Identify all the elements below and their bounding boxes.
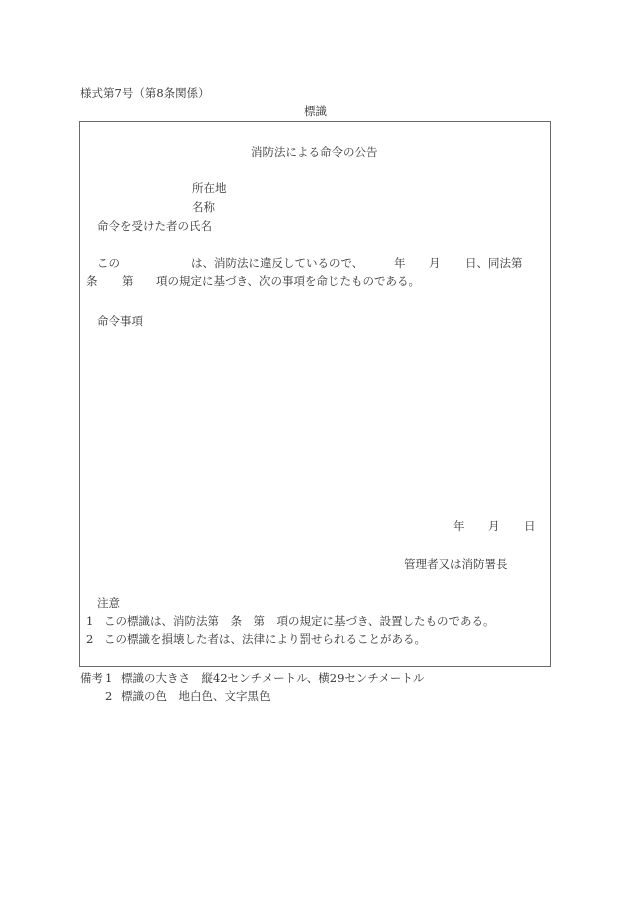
recipient-label: 命令を受けた者の氏名 [97, 219, 212, 233]
note-1-text: この標識は、消防法第 条 第 項の規定に基づき、設置したものである。 [104, 614, 495, 628]
remark-1-text: 標識の大きさ 縦42センチメートル、横29センチメートル [121, 671, 424, 685]
form-number: 様式第7号（第8条関係） [80, 86, 210, 100]
body-year: 年 [394, 256, 406, 270]
sign-label: 標識 [304, 104, 327, 118]
date-year: 年 [453, 519, 465, 533]
note-2-num: 2 [86, 632, 93, 646]
note-2-text: この標識を損壊した者は、法律により罰せられることがある。 [104, 632, 426, 646]
notes-heading: 注意 [97, 596, 120, 610]
remark-2-text: 標識の色 地白色、文字黒色 [121, 689, 271, 703]
body-dai: 第 [122, 274, 134, 288]
body-violation: は、消防法に違反しているので、 [191, 256, 363, 270]
sign-frame [79, 121, 551, 667]
location-label: 所在地 [192, 181, 227, 195]
remarks-prefix: 備考 [80, 671, 103, 685]
body-rest: 項の規定に基づき、次の事項を命じたものである。 [156, 274, 420, 288]
remark-2-num: 2 [105, 689, 112, 703]
sign-title: 消防法による命令の公告 [251, 145, 378, 159]
note-1-num: 1 [86, 614, 93, 628]
body-article: 条 [86, 274, 98, 288]
date-month: 月 [488, 519, 500, 533]
name-label: 名称 [192, 200, 215, 214]
body-month: 月 [429, 256, 441, 270]
order-items-label: 命令事項 [97, 314, 143, 328]
date-day: 日 [524, 519, 536, 533]
issuer: 管理者又は消防署長 [404, 557, 508, 571]
remark-1-num: 1 [105, 671, 112, 685]
body-this: この [97, 256, 120, 270]
body-day: 日、同法第 [465, 256, 523, 270]
